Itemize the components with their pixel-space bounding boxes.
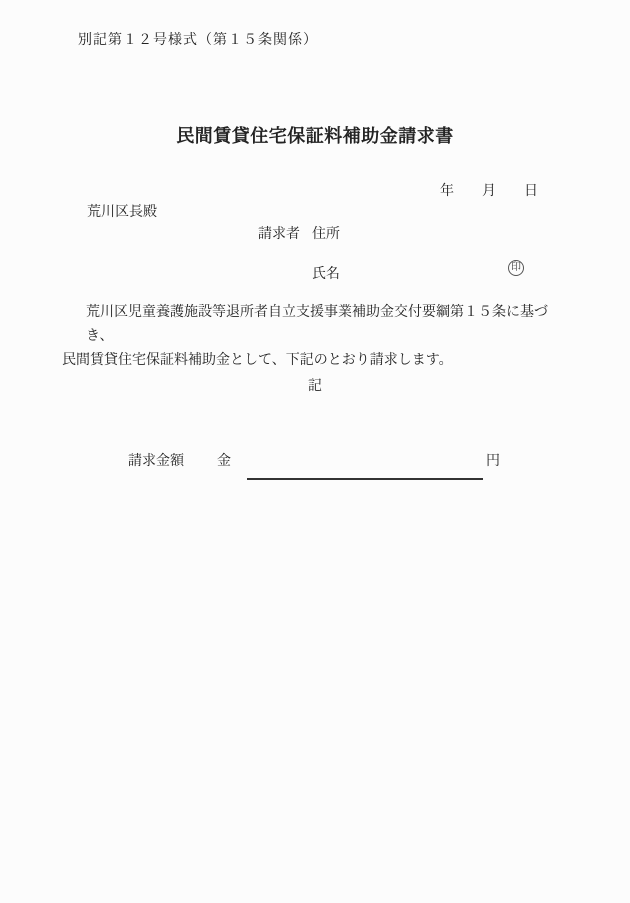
body-paragraph: 荒川区児童養護施設等退所者自立支援事業補助金交付要綱第１５条に基づき、 民間賃貸… <box>62 301 568 373</box>
section-marker: 記 <box>0 375 630 395</box>
claimant-address-line: 請求者 住所 <box>258 223 340 243</box>
form-number: 別記第１２号様式（第１５条関係） <box>78 29 318 49</box>
seal-character: 印 <box>511 263 521 273</box>
date-day-label: 日 <box>524 180 538 200</box>
address-label: 住所 <box>312 223 340 243</box>
body-line-1: 荒川区児童養護施設等退所者自立支援事業補助金交付要綱第１５条に基づき、 <box>62 301 568 349</box>
form-page: 別記第１２号様式（第１５条関係） 民間賃貸住宅保証料補助金請求書 年 月 日 荒… <box>0 0 630 903</box>
currency-suffix-label: 円 <box>486 450 500 470</box>
claimant-name-line: 氏名 <box>312 263 340 283</box>
currency-prefix-label: 金 <box>217 450 231 470</box>
claimant-label: 請求者 <box>258 223 300 243</box>
name-label: 氏名 <box>312 267 340 282</box>
body-line-2: 民間賃貸住宅保証料補助金として、下記のとおり請求します。 <box>62 349 568 373</box>
date-year-label: 年 <box>440 180 454 200</box>
claim-amount-label: 請求金額 <box>128 450 184 470</box>
date-line: 年 月 日 <box>440 180 538 200</box>
date-month-label: 月 <box>482 180 496 200</box>
amount-fill-line <box>247 462 483 480</box>
seal-icon: 印 <box>508 260 524 276</box>
addressee: 荒川区長殿 <box>87 201 157 221</box>
form-title: 民間賃貸住宅保証料補助金請求書 <box>0 122 630 148</box>
